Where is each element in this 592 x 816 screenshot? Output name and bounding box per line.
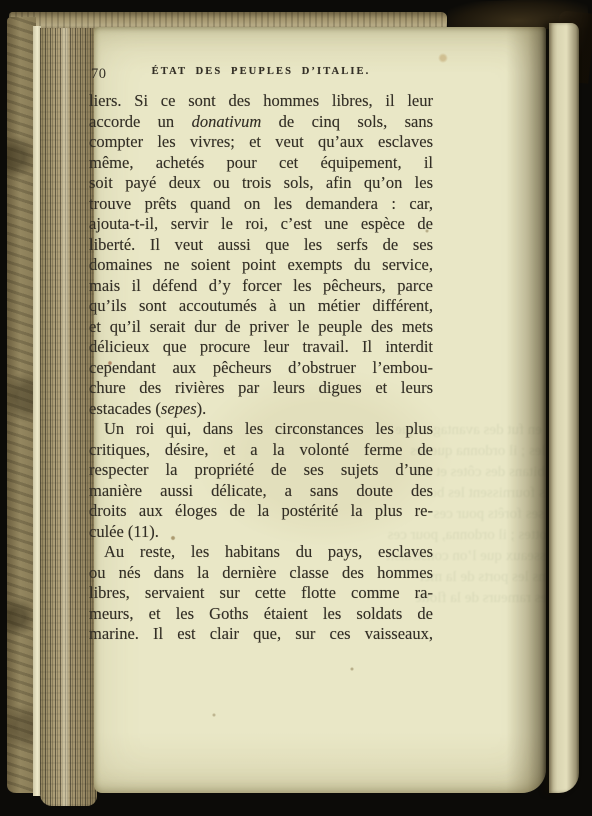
text-line: droits aux éloges de la postérité la plu…	[89, 501, 433, 522]
running-header: 70 ÉTAT DES PEUPLES D’ITALIE.	[89, 63, 433, 83]
facing-page-edge	[549, 23, 579, 793]
running-title: ÉTAT DES PEUPLES D’ITALIE.	[89, 66, 433, 77]
text-line: liberté. Il veut aussi que les serfs de …	[89, 235, 433, 256]
text-line: mais il défend d’y forcer les pêcheurs, …	[89, 276, 433, 297]
text-line: estacades (sepes).	[89, 399, 433, 420]
text-line: ajouta-t-il, servir le roi, c’est une es…	[89, 214, 433, 235]
text-block: liers. Si ce sont des hommes libres, il …	[89, 91, 433, 645]
text-line: critiques, désire, et a la volonté ferme…	[89, 440, 433, 461]
paragraph: liers. Si ce sont des hommes libres, il …	[89, 91, 433, 419]
text-line: Un roi qui, dans les circonstances les p…	[89, 419, 433, 440]
text-line: trouve prêts quand on les demandera : ca…	[89, 194, 433, 215]
text-line: délicieux que procure leur travail. Il i…	[89, 337, 433, 358]
text-line: cependant aux pêcheurs d’obstruer l’embo…	[89, 358, 433, 379]
text-line: manière aussi délicate, a sans doute des	[89, 481, 433, 502]
text-line: même, achetés pour cet équipement, il	[89, 153, 433, 174]
text-line: qu’ils sont accoutumés à un métier diffé…	[89, 296, 433, 317]
text-line: accorde un donativum de cinq sols, sans	[89, 112, 433, 133]
text-line: marine. Il est clair que, sur ces vaisse…	[89, 624, 433, 645]
text-line: culée (11).	[89, 522, 433, 543]
text-line: Au reste, les habitans du pays, esclaves	[89, 542, 433, 563]
text-line: libres, servaient sur cette flotte comme…	[89, 583, 433, 604]
paragraph: Un roi qui, dans les circonstances les p…	[89, 419, 433, 542]
book-scan: il en fut des avantages quevelles ; il o…	[0, 0, 592, 816]
paragraph: Au reste, les habitans du pays, esclaves…	[89, 542, 433, 645]
text-line: respecter la propriété de ses sujets d’u…	[89, 460, 433, 481]
book-cover-edge	[7, 17, 36, 793]
text-line: soit payé deux ou trois sols, afin qu’on…	[89, 173, 433, 194]
text-line: chure des rivières par leurs digues et l…	[89, 378, 433, 399]
text-line: compter les vivres; et veut qu’aux escla…	[89, 132, 433, 153]
text-line: domaines ne soient point exempts du serv…	[89, 255, 433, 276]
text-line: et qu’il serait dur de priver le peuple …	[89, 317, 433, 338]
text-line: liers. Si ce sont des hommes libres, il …	[89, 91, 433, 112]
text-line: meurs, et les Goths étaient les soldats …	[89, 604, 433, 625]
text-line: ou nés dans la dernière classe des homme…	[89, 563, 433, 584]
